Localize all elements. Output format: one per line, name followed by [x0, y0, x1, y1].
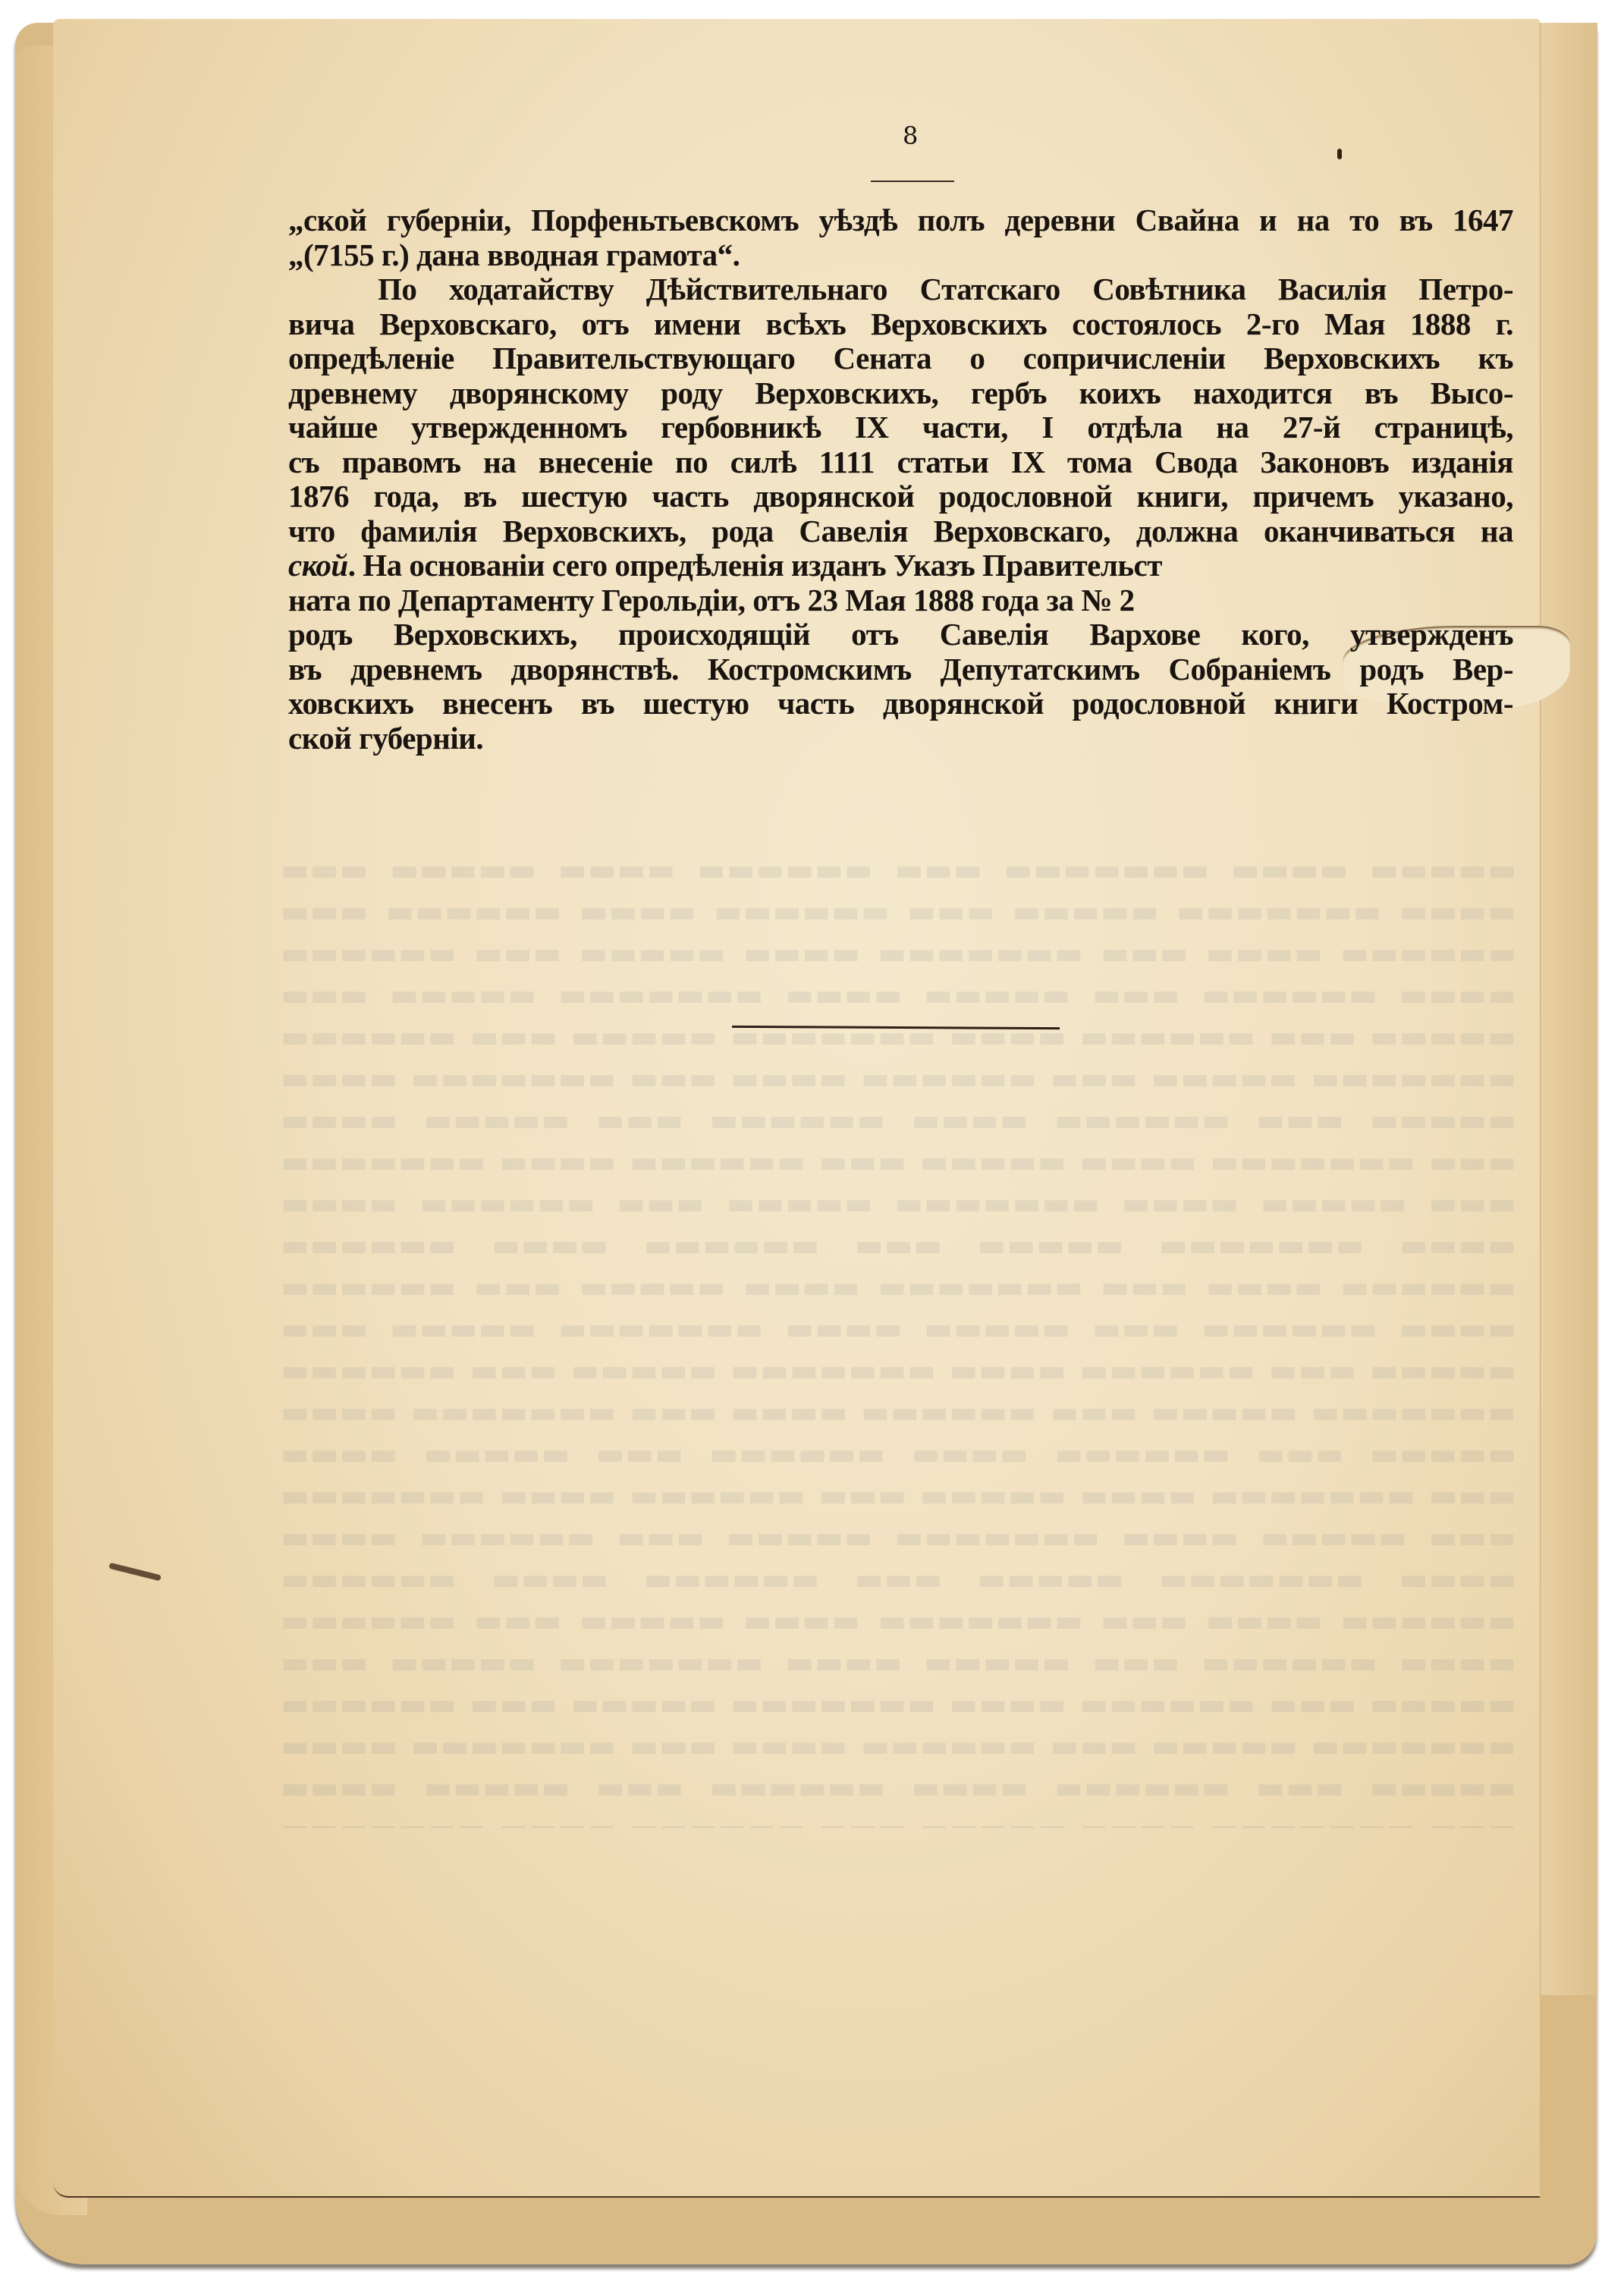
right-edge-strip [1540, 23, 1597, 1995]
ink-speck [1337, 149, 1342, 159]
header-rule [871, 181, 954, 182]
bleed-through-texture: ▬▬▬ ▬▬▬▬▬ ▬▬▬▬ ▬▬▬▬▬▬ ▬▬▬ ▬▬▬▬▬▬▬ ▬▬▬▬ ▬… [281, 850, 1517, 1828]
text-line: „ской губерніи, Порфеньтьевскомъ уѣздѣ п… [288, 203, 1513, 238]
text-fragment: . На основаніи сего опредѣленія изданъ У… [348, 548, 1162, 583]
body-text: „ской губерніи, Порфеньтьевскомъ уѣздѣ п… [288, 203, 1513, 756]
text-line-torn: ната по Департаменту Герольдіи, отъ 23 М… [288, 583, 1513, 618]
text-line: „(7155 г.) дана вводная грамота“. [288, 238, 1513, 273]
text-line: ховскихъ внесенъ въ шестую часть дворянс… [288, 687, 1513, 721]
text-line: вича Верховскаго, отъ имени всѣхъ Верхов… [288, 307, 1513, 342]
text-line: опредѣленіе Правительствующаго Сената о … [288, 341, 1513, 376]
text-line: древнему дворянскому роду Верховскихъ, г… [288, 376, 1513, 411]
text-line: ской губерніи. [288, 721, 1513, 756]
text-line: По ходатайству Дѣйствительнаго Статскаго… [288, 272, 1513, 307]
text-line-torn: ской. На основаніи сего опредѣленія изда… [288, 548, 1513, 583]
text-line: родъ Верховскихъ, происходящій отъ Савел… [288, 617, 1513, 652]
italic-suffix: ской [288, 548, 348, 583]
text-line: 1876 года, въ шестую часть дворянской ро… [288, 479, 1513, 514]
text-line: что фамилія Верховскихъ, рода Савелія Ве… [288, 514, 1513, 549]
text-line: чайше утвержденномъ гербовникѣ IX части,… [288, 410, 1513, 445]
text-line: въ древнемъ дворянствѣ. Костромскимъ Деп… [288, 652, 1513, 687]
page-number: 8 [903, 121, 918, 150]
text-line: съ правомъ на внесеніе по силѣ 1111 стат… [288, 445, 1513, 480]
